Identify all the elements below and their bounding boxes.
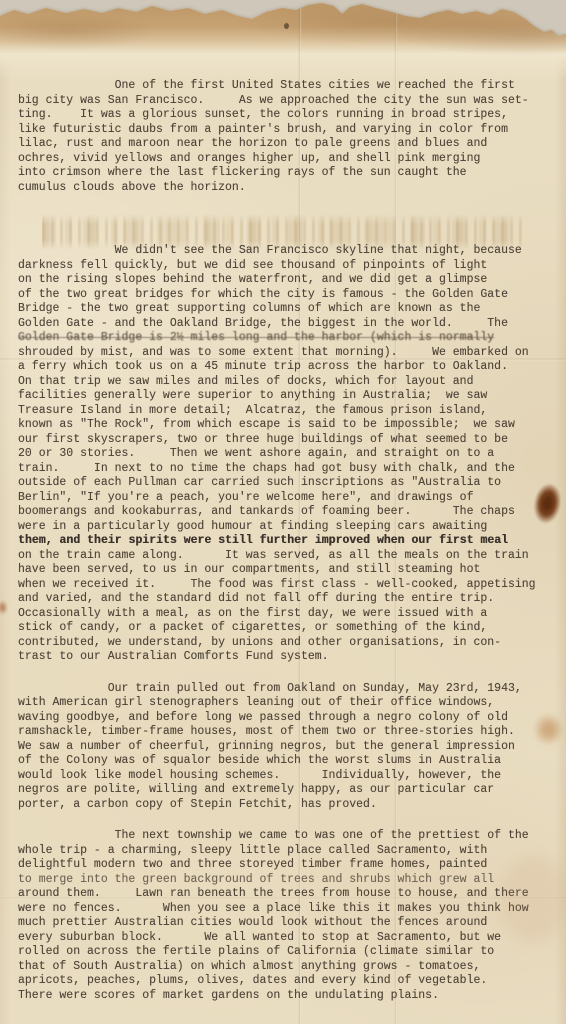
text-line: Golden Gate - and the Oakland Bridge, th… <box>18 317 550 332</box>
text-line: ramshackle, timber-frame houses, most of… <box>18 725 550 740</box>
text-line: and varied, and the standard did not fal… <box>18 592 550 607</box>
text-line: of the two great bridges for which the c… <box>18 288 550 303</box>
text-line: them, and their spirits were still furth… <box>18 534 550 549</box>
text-line: into crimson where the last flickering r… <box>18 166 550 181</box>
text-line: on the rising slopes behind the waterfro… <box>18 273 550 288</box>
text-line: cumulus clouds above the horizon. <box>18 181 550 196</box>
text-line: waving goodbye, and before long we passe… <box>18 711 550 726</box>
text-line: on the train came along. It was served, … <box>18 549 550 564</box>
text-line: porter, a carbon copy of Stepin Fetchit,… <box>18 798 550 813</box>
text-line: have been served, to us in our compartme… <box>18 563 550 578</box>
text-line: trast to our Australian Comforts Fund sy… <box>18 650 550 665</box>
text-line: contributed, we understand, by unions an… <box>18 636 550 651</box>
text-line: much prettier Australian cities would lo… <box>18 916 550 931</box>
tan-stain <box>533 713 564 746</box>
text-line: around them. Lawn ran beneath the trees … <box>18 887 550 902</box>
scanned-page: One of the first United States cities we… <box>0 0 566 1024</box>
text-line: big city was San Francisco. As we approa… <box>18 94 550 109</box>
text-line: apricots, peaches, plums, olives, dates … <box>18 974 550 989</box>
text-line: shrouded by mist, and was to some extent… <box>18 346 550 361</box>
text-line: a ferry which took us on a 45 minute tri… <box>18 360 550 375</box>
text-line: On that trip we saw miles and miles of d… <box>18 375 550 390</box>
text-line: facilities generally were superior to an… <box>18 389 550 404</box>
text-line: Golden Gate Bridge is 2½ miles long and … <box>18 331 550 346</box>
text-line: Our train pulled out from Oakland on Sun… <box>18 682 550 697</box>
text-line: every suburban block. We all wanted to s… <box>18 931 550 946</box>
paragraph: We didn't see the San Francisco skyline … <box>18 244 550 665</box>
text-line: delightful modern two and three storeyed… <box>18 858 550 873</box>
faint-discoloration <box>502 856 566 942</box>
text-line: boomerangs and kookaburras, and tankards… <box>18 505 550 520</box>
text-line: when we received it. The food was first … <box>18 578 550 593</box>
text-line: The next township we came to was one of … <box>18 829 550 844</box>
text-line: rolled on across the fertile plains of C… <box>18 945 550 960</box>
text-line: ting. It was a glorious sunset, the colo… <box>18 108 550 123</box>
text-line: outside of each Pullman car carried such… <box>18 476 550 491</box>
text-line: known as "The Rock", from which escape i… <box>18 418 550 433</box>
text-line: would look like model housing schemes. I… <box>18 769 550 784</box>
text-line: ochres, vivid yellows and oranges higher… <box>18 152 550 167</box>
text-line: like futuristic daubs from a painter's b… <box>18 123 550 138</box>
text-line: to merge into the green background of tr… <box>18 873 550 888</box>
text-line: whole trip - a charming, sleepy little p… <box>18 844 550 859</box>
text-line: 20 or 30 stories. Then we went ashore ag… <box>18 447 550 462</box>
text-line: One of the first United States cities we… <box>18 79 550 94</box>
text-line: our first skyscrapers, two or three huge… <box>18 433 550 448</box>
paragraph: Our train pulled out from Oakland on Sun… <box>18 682 550 813</box>
paragraph: One of the first United States cities we… <box>18 79 550 195</box>
text-line: darkness fell quickly, but we did see th… <box>18 259 550 274</box>
text-line: negros are polite, willing and extremely… <box>18 783 550 798</box>
document-body: One of the first United States cities we… <box>0 0 566 1024</box>
text-line: were in a particularly good humour at fi… <box>18 520 550 535</box>
text-line: We didn't see the San Francisco skyline … <box>18 244 550 259</box>
text-line: lilac, rust and maroon near the horizon … <box>18 137 550 152</box>
text-line: of the Colony was of squalor beside whic… <box>18 754 550 769</box>
paper-sheet: One of the first United States cities we… <box>0 0 566 1024</box>
text-line: We saw a number of cheerful, grinning ne… <box>18 740 550 755</box>
text-line: Occasionally with a meal, as on the firs… <box>18 607 550 622</box>
text-line: Treasure Island in more detail; Alcatraz… <box>18 404 550 419</box>
text-line: that of South Australia) on which almost… <box>18 960 550 975</box>
text-line: were no fences. When you see a place lik… <box>18 902 550 917</box>
text-line: stick of candy, or a packet of cigarette… <box>18 621 550 636</box>
text-line: with American girl stenographers leaning… <box>18 696 550 711</box>
paragraph: The next township we came to was one of … <box>18 829 550 1003</box>
text-line: There were scores of market gardens on t… <box>18 989 550 1004</box>
text-line: Bridge - the two great supporting column… <box>18 302 550 317</box>
text-line: train. In next to no time the chaps had … <box>18 462 550 477</box>
text-line: Berlin", "If you're a peach, you're welc… <box>18 491 550 506</box>
